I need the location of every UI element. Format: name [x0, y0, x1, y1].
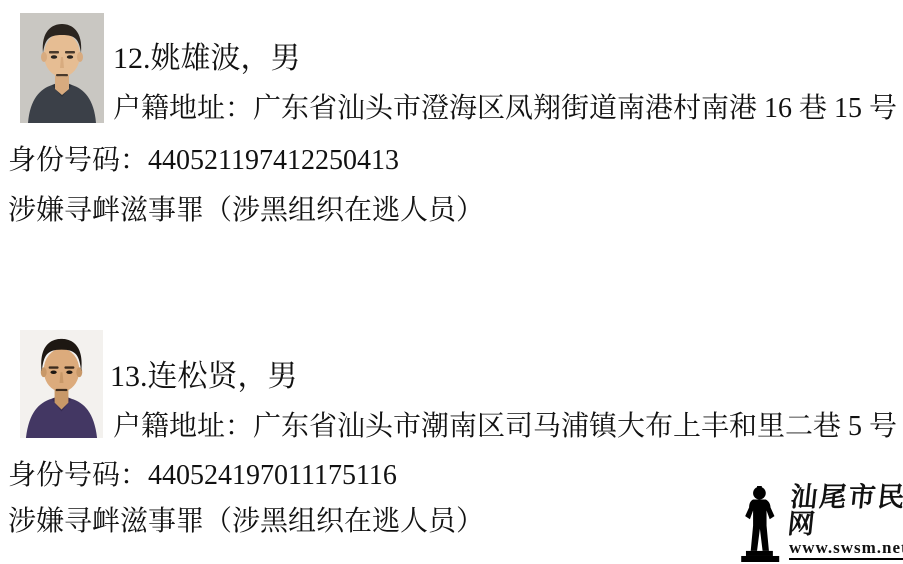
- crime-line: 涉嫌寻衅滋事罪（涉黑组织在逃人员）: [8, 195, 484, 227]
- watermark-site-name: 汕尾市民网: [786, 484, 903, 538]
- standing-man-silhouette-icon: [735, 486, 787, 562]
- person-name-line: 13.连松贤，男: [110, 360, 298, 395]
- address-label: 户籍地址：: [113, 93, 253, 124]
- id-value: 440524197011175116: [148, 460, 397, 491]
- portrait-illustration: [20, 13, 104, 123]
- watermark-site-url: www.swsm.net: [789, 538, 903, 560]
- mugshot-photo-entry-12: [20, 13, 104, 123]
- id-number-line: 身份号码：440524197011175116: [8, 460, 397, 492]
- id-value: 440521197412250413: [148, 145, 399, 176]
- person-name-line: 12.姚雄波，男: [113, 42, 301, 77]
- address-line: 户籍地址：广东省汕头市澄海区凤翔街道南港村南港 16 巷 15 号: [113, 93, 897, 125]
- id-label: 身份号码：: [8, 460, 148, 491]
- id-label: 身份号码：: [8, 145, 148, 176]
- watermark-text: 汕尾市民网 www.swsm.net: [789, 484, 903, 562]
- address-value: 广东省汕头市潮南区司马浦镇大布上丰和里二巷 5 号: [253, 411, 897, 442]
- id-number-line: 身份号码：440521197412250413: [8, 145, 399, 177]
- address-line: 户籍地址：广东省汕头市潮南区司马浦镇大布上丰和里二巷 5 号: [113, 411, 897, 443]
- portrait-illustration: [20, 330, 103, 438]
- site-watermark: 汕尾市民网 www.swsm.net: [735, 486, 903, 562]
- address-label: 户籍地址：: [113, 411, 253, 442]
- mugshot-photo-entry-13: [20, 330, 103, 438]
- address-value: 广东省汕头市澄海区凤翔街道南港村南港 16 巷 15 号: [253, 93, 897, 124]
- crime-line: 涉嫌寻衅滋事罪（涉黑组织在逃人员）: [8, 506, 484, 538]
